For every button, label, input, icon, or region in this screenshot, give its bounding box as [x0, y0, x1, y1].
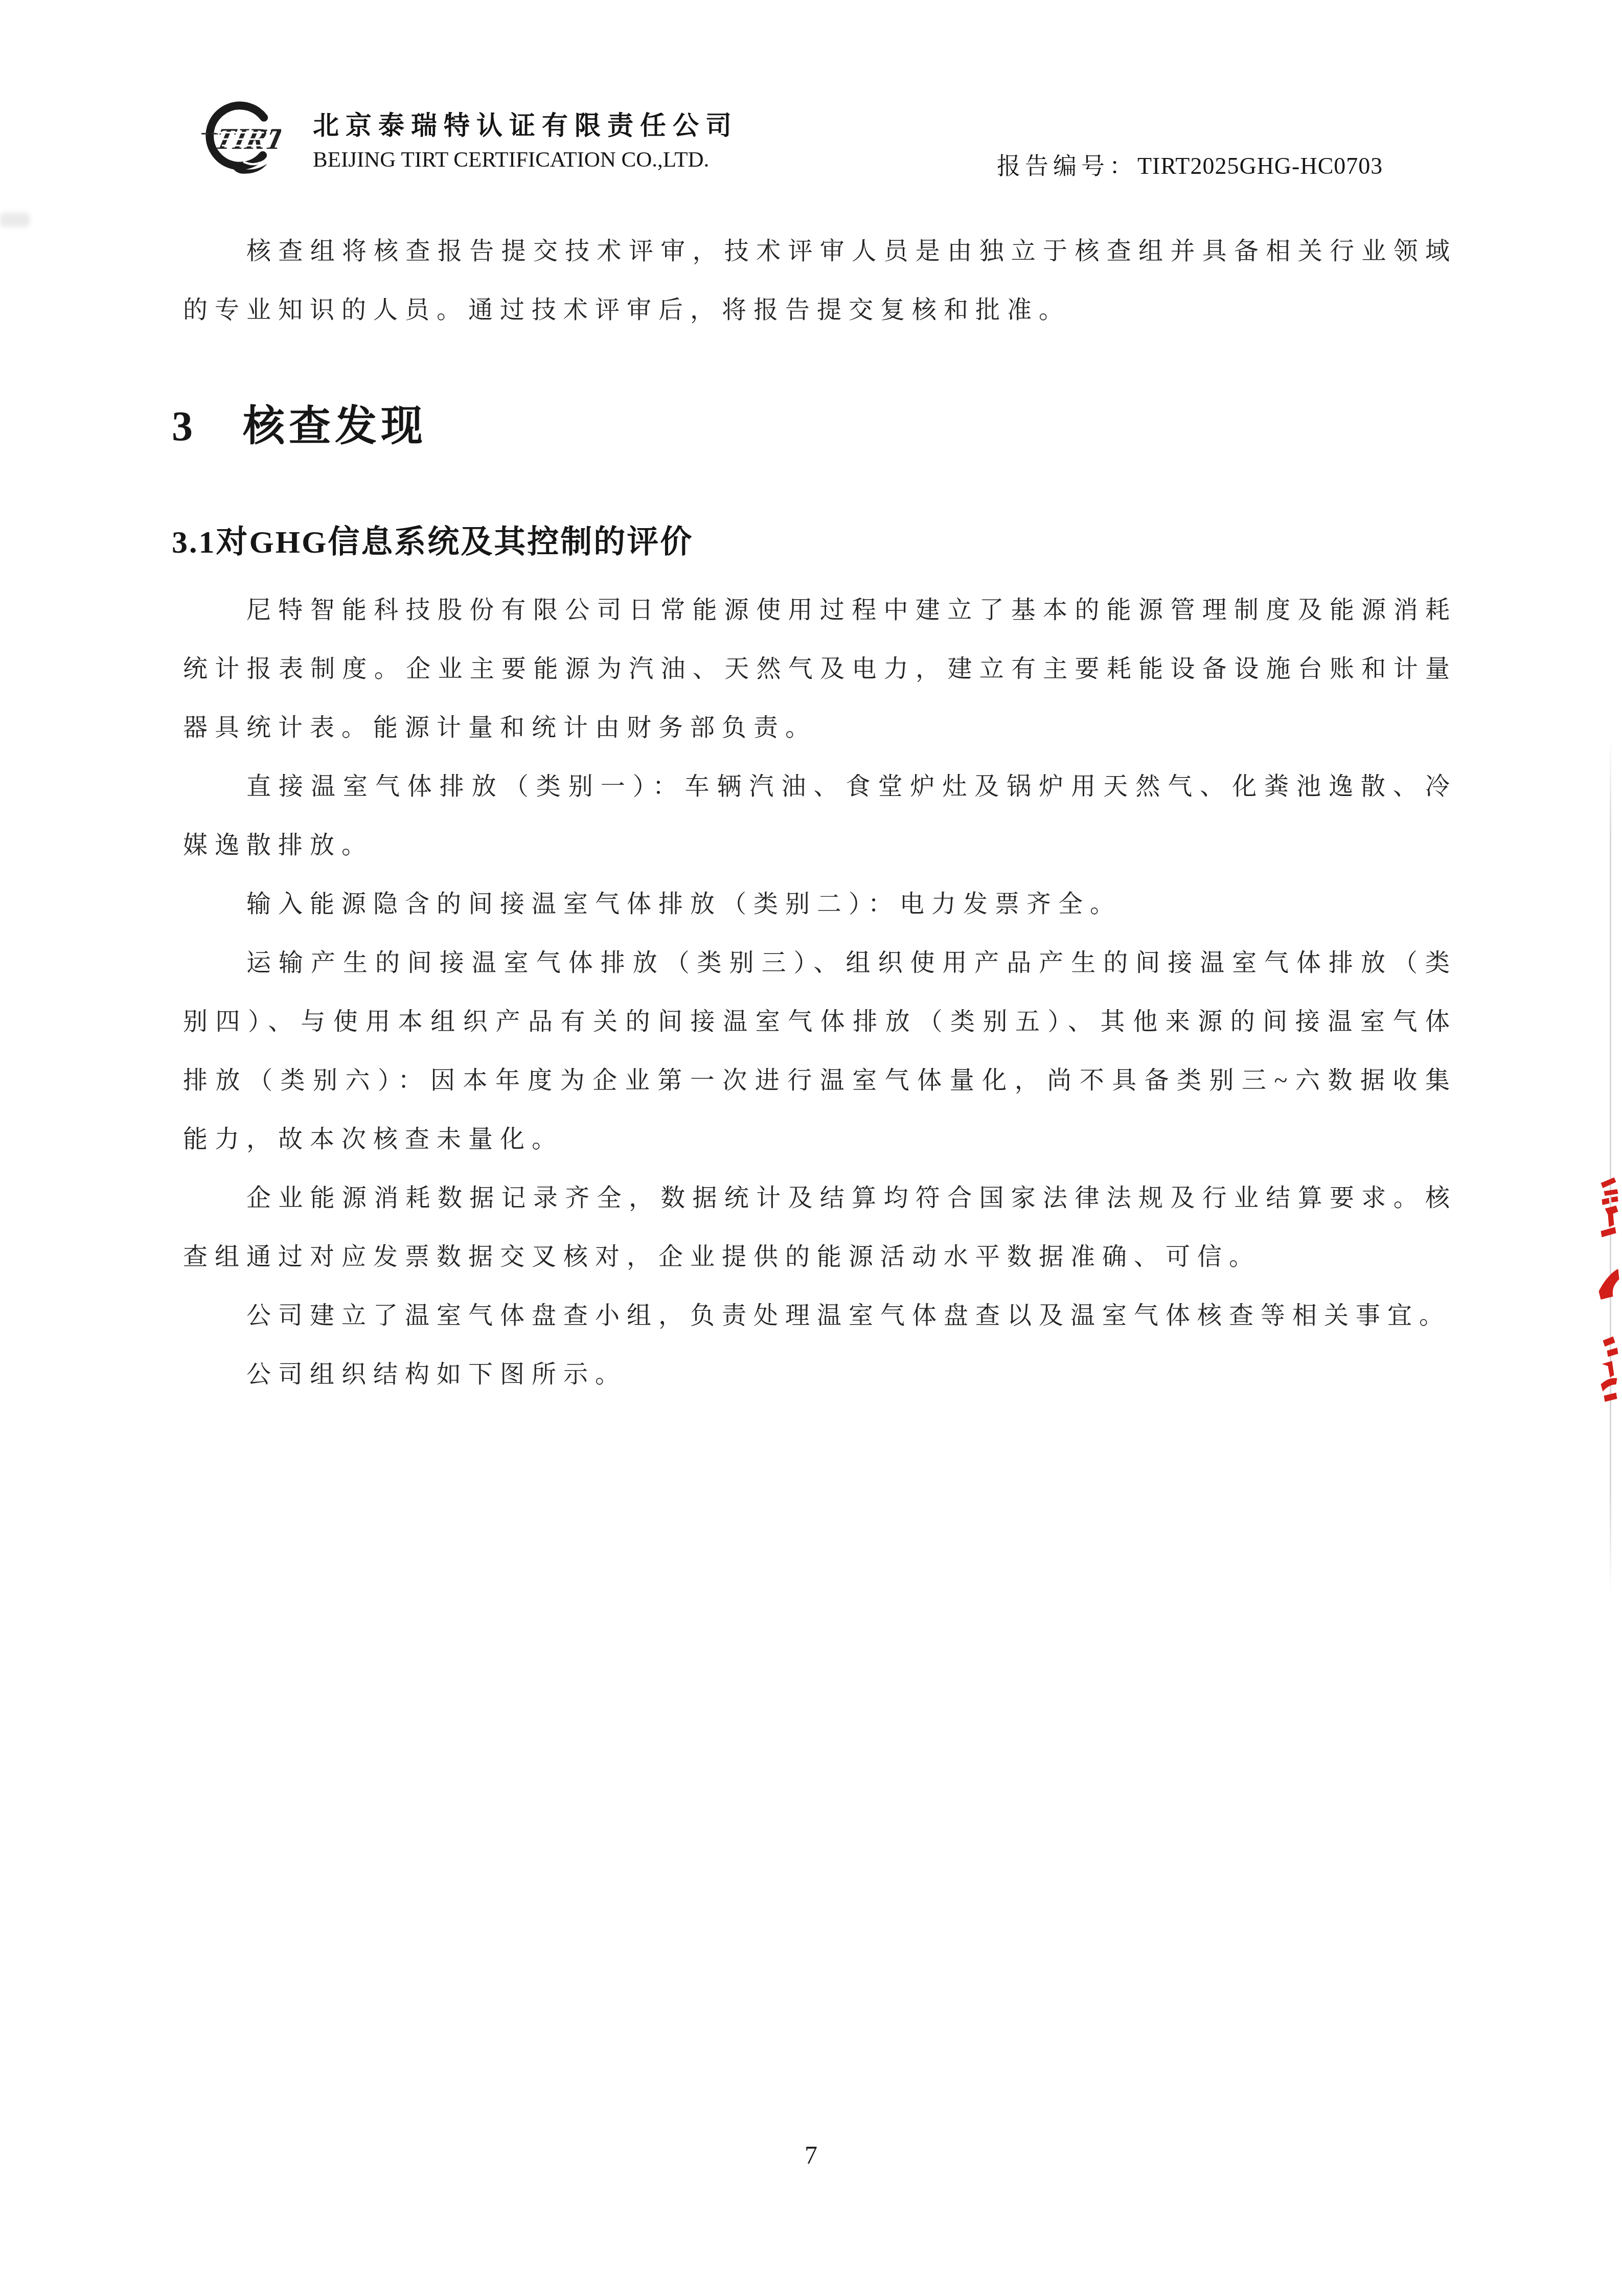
paragraph-scope2: 输入能源隐含的间接温室气体排放（类别二）：电力发票齐全。 — [183, 875, 1457, 934]
report-number-value: TIRT2025GHG-HC0703 — [1137, 153, 1383, 179]
paragraph-org-chart-note: 公司组织结构如下图所示。 — [183, 1345, 1457, 1404]
red-seal-fragment-icon — [1594, 1267, 1622, 1308]
body-paragraphs: 尼特智能科技股份有限公司日常能源使用过程中建立了基本的能源管理制度及能源消耗统计… — [183, 581, 1457, 1404]
red-seal-fragment-icon — [1594, 1175, 1622, 1241]
red-seal-fragment-icon — [1594, 1335, 1622, 1407]
scan-artifact-line — [1610, 736, 1611, 1595]
subsection-heading: 3.1对GHG信息系统及其控制的评价 — [172, 516, 693, 562]
tirt-logo-icon: TIRT — [200, 98, 281, 179]
paragraph-scope1: 直接温室气体排放（类别一）：车辆汽油、食堂炉灶及锅炉用天然气、化粪池逸散、冷媒逸… — [183, 757, 1457, 875]
paragraph-scope3-6: 运输产生的间接温室气体排放（类别三）、组织使用产品产生的间接温室气体排放（类别四… — [183, 934, 1457, 1169]
page-number: 7 — [0, 2140, 1622, 2170]
company-name-zh: 北京泰瑞特认证有限责任公司 — [313, 104, 738, 142]
report-page: TIRT 北京泰瑞特认证有限责任公司 BEIJING TIRT CERTIFIC… — [0, 0, 1622, 2296]
report-number-label: 报告编号： — [997, 153, 1137, 179]
company-name-en: BEIJING TIRT CERTIFICATION CO.,LTD. — [313, 147, 738, 172]
intro-block: 核查组将核查报告提交技术评审，技术评审人员是由独立于核查组并具备相关行业领域的专… — [183, 222, 1457, 339]
company-name-block: 北京泰瑞特认证有限责任公司 BEIJING TIRT CERTIFICATION… — [313, 104, 738, 172]
scan-artifact-smudge — [0, 213, 30, 227]
paragraph-ghg-team: 公司建立了温室气体盘查小组，负责处理温室气体盘查以及温室气体核查等相关事宜。 — [183, 1286, 1457, 1345]
paragraph-data-quality: 企业能源消耗数据记录齐全，数据统计及结算均符合国家法律法规及行业结算要求。核查组… — [183, 1169, 1457, 1286]
paragraph-energy-system: 尼特智能科技股份有限公司日常能源使用过程中建立了基本的能源管理制度及能源消耗统计… — [183, 581, 1457, 757]
intro-paragraph: 核查组将核查报告提交技术评审，技术评审人员是由独立于核查组并具备相关行业领域的专… — [183, 222, 1457, 339]
report-number: 报告编号：TIRT2025GHG-HC0703 — [997, 147, 1383, 181]
section-heading: 3 核查发现 — [172, 393, 427, 452]
